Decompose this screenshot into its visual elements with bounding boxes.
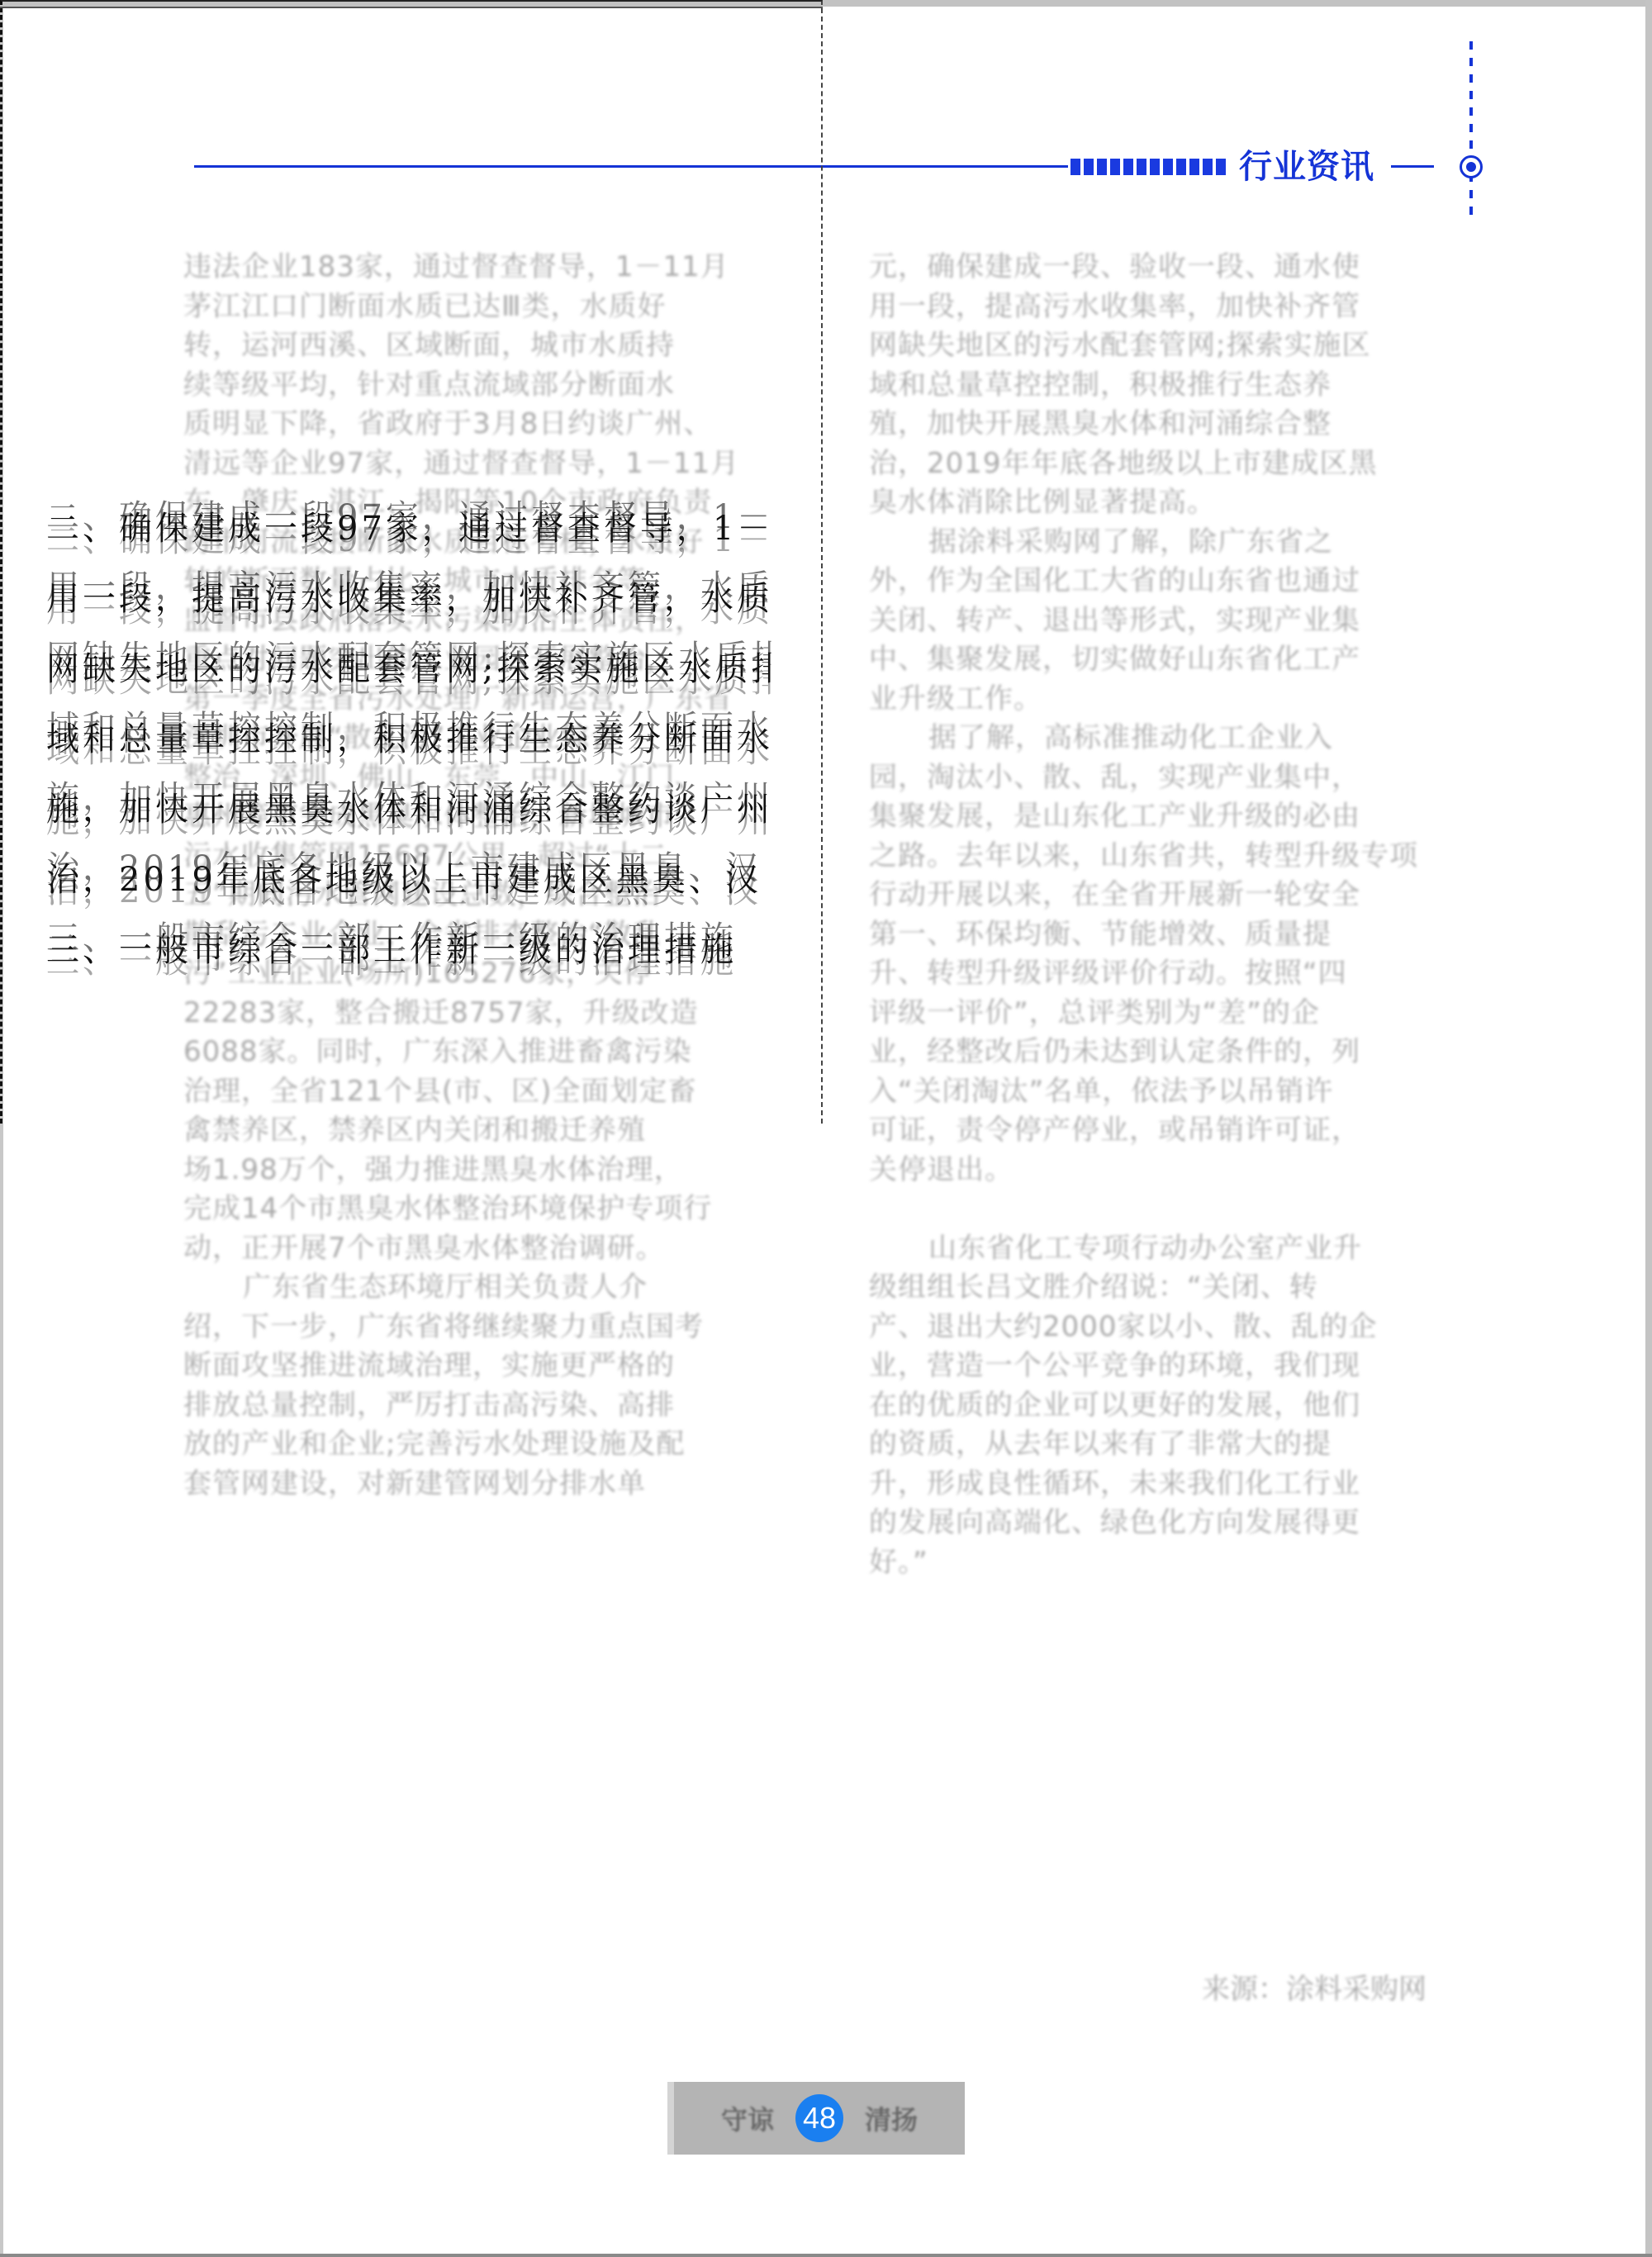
text-line: 元，确保建成一段、验收一段、通水使 xyxy=(869,248,1470,287)
text-line: 园，淘汰小、散、乱，实现产业集中， xyxy=(869,758,1470,798)
text-line: 升，形成良性循环，未来我们化工行业 xyxy=(869,1465,1470,1504)
overlay-line: 治，2019年底各地级以上市建成区黑臭、汉 xyxy=(46,845,773,915)
text-line: 据涂料采购网了解，除广东省之 xyxy=(869,523,1470,563)
section-title: 行业资讯 xyxy=(1239,144,1374,190)
text-line: 的发展向高端化、绿色化方向发展得更 xyxy=(869,1504,1470,1543)
text-line: 评级一评价”，总评类别为“差”的企 xyxy=(869,994,1470,1033)
text-line: 集聚发展，是山东化工产业升级的必由 xyxy=(869,797,1470,837)
text-line: 绍，下一步，广东省将继续聚力重点国考 xyxy=(183,1308,778,1347)
text-line: 入“关闭淘汰”名单，依法予以吊销许 xyxy=(869,1072,1470,1112)
text-line: 质明显下降，省政府于3月8日约谈广州、 xyxy=(183,405,778,444)
text-line: 断面攻坚推进流域治理，实施更严格的 xyxy=(183,1347,778,1386)
text-line: 可证，责令停产停业，或吊销许可证， xyxy=(869,1111,1470,1151)
text-line: 在的优质的企业可以更好的发展，他们 xyxy=(869,1386,1470,1426)
overlay-line: 施，加快开展黑臭水体和河涌综合整约谈广州、 xyxy=(46,775,773,845)
text-line: 场1.98万个，强力推进黑臭水体治理， xyxy=(183,1151,778,1190)
overlay-line: 用一段，提高污水收集率，加快补齐管，水质好 xyxy=(46,564,773,634)
text-line: 治理，全省121个县(市、区)全面划定畜 xyxy=(183,1072,778,1112)
window-frame-top xyxy=(0,0,1652,7)
text-line: 排放总量控制，严厉打击高污染、高排 xyxy=(183,1386,778,1426)
window-frame-left xyxy=(0,7,3,2257)
header-square-bar-icon xyxy=(1070,159,1226,175)
footer-right-text: 清扬 xyxy=(865,2099,918,2137)
overlay-line: 三、一般市综合一部工作新一级的治理措施 xyxy=(46,915,773,986)
text-line: 据了解，高标准推动化工企业入 xyxy=(869,719,1470,758)
text-line: 完成14个市黑臭水体整治环境保护专项行 xyxy=(183,1190,778,1229)
text-line: 行动开展以来，在全省开展新一轮安全 xyxy=(869,876,1470,915)
text-line: 外，作为全国化工大省的山东省也通过 xyxy=(869,562,1470,601)
text-line: 殖，加快开展黑臭水体和河涌综合整 xyxy=(869,405,1470,444)
text-line: 广东省生态环境厅相关负责人介 xyxy=(183,1268,778,1308)
article-column-right: 元，确保建成一段、验收一段、通水使用一段，提高污水收集率，加快补齐管网缺失地区的… xyxy=(869,248,1470,1582)
text-line: 域和总量草控控制，积极推行生态养 xyxy=(869,366,1470,406)
text-line: 茅江江口门断面水质已达Ⅲ类，水质好 xyxy=(183,287,778,327)
header-rule-left xyxy=(194,165,1068,168)
footer-left-text: 守谅 xyxy=(721,2099,774,2137)
header-rule-right xyxy=(1391,165,1434,168)
text-line: 第一、环保均衡、节能增效、质量提 xyxy=(869,915,1470,955)
text-line: 套管网建设，对新建管网划分排水单 xyxy=(183,1465,778,1504)
text-line: 之路。去年以来，山东省共，转型升级专项 xyxy=(869,837,1470,877)
text-line: 22283家，整合搬迁8757家，升级改造 xyxy=(183,994,778,1033)
text-line: 转，运河西溪、区域断面，城市水质持 xyxy=(183,326,778,366)
text-line: 关闭、转产、退出等形式，实现产业集 xyxy=(869,601,1470,641)
text-line: 产、退出大约2000家以小、散、乱的企 xyxy=(869,1308,1470,1347)
text-line: 业，营造一个公平竞争的环境，我们现 xyxy=(869,1347,1470,1386)
ocr-overlay-text: 二、确保建成一段97家，通过督查督导，1－11月用一段，提高污水收集率，加快补齐… xyxy=(46,494,773,986)
text-line: 臭水体消除比例显著提高。 xyxy=(869,483,1470,523)
text-line: 6088家。同时，广东深入推进畜禽污染 xyxy=(183,1033,778,1072)
text-line: 中、集聚发展，切实做好山东省化工产 xyxy=(869,640,1470,680)
text-line: 动，正开展7个市黑臭水体整治调研。 xyxy=(183,1229,778,1269)
text-line: 放的产业和企业;完善污水处理设施及配 xyxy=(183,1425,778,1465)
scrollbar-track[interactable] xyxy=(1645,0,1652,2257)
source-attribution: 来源：涂料采购网 xyxy=(1202,1966,1427,2007)
dotted-vertical-line-icon xyxy=(1469,41,1473,220)
text-line: 清远等企业97家，通过督查督导，1－11月 xyxy=(183,444,778,484)
window-frame-bottom xyxy=(0,2254,1652,2257)
text-line: 禽禁养区，禁养区内关闭和搬迁养殖 xyxy=(183,1111,778,1151)
text-line: 的资质，从去年以来有了非常大的提 xyxy=(869,1425,1470,1465)
text-line: 级组组长吕文胜介绍说：“关闭、转 xyxy=(869,1268,1470,1308)
selection-box-edge xyxy=(0,7,823,8)
text-line: 用一段，提高污水收集率，加快补齐管 xyxy=(869,287,1470,327)
text-line: 山东省化工专项行动办公室产业升 xyxy=(869,1229,1470,1269)
text-line: 续等级平均，针对重点流域部分断面水 xyxy=(183,366,778,406)
text-line: 违法企业183家，通过督查督导，1－11月 xyxy=(183,248,778,287)
text-line: 网缺失地区的污水配套管网;探索实施区 xyxy=(869,326,1470,366)
text-line: 业，经整改后仍未达到认定条件的，列 xyxy=(869,1033,1470,1072)
overlay-line: 二、确保建成一段97家，通过督查督导，1－11月 xyxy=(46,494,773,564)
overlay-line: 网缺失地区的污水配套管网;探索实施区水质排 xyxy=(46,634,773,705)
text-line: 关停退出。 xyxy=(869,1151,1470,1190)
text-line: 好。” xyxy=(869,1543,1470,1583)
overlay-line: 域和总量草控控制，积极推行生态养分断面水 xyxy=(46,705,773,775)
page-footer: 守谅 48 清扬 xyxy=(667,2082,965,2155)
text-line: 治，2019年年底各地级以上市建成区黑 xyxy=(869,444,1470,484)
text-line: 升、转型升级评级评价行动。按照“四 xyxy=(869,954,1470,994)
text-line: 业升级工作。 xyxy=(869,680,1470,720)
text-line xyxy=(869,1190,1470,1229)
target-circle-icon xyxy=(1460,155,1483,178)
page-number-badge: 48 xyxy=(795,2094,843,2142)
